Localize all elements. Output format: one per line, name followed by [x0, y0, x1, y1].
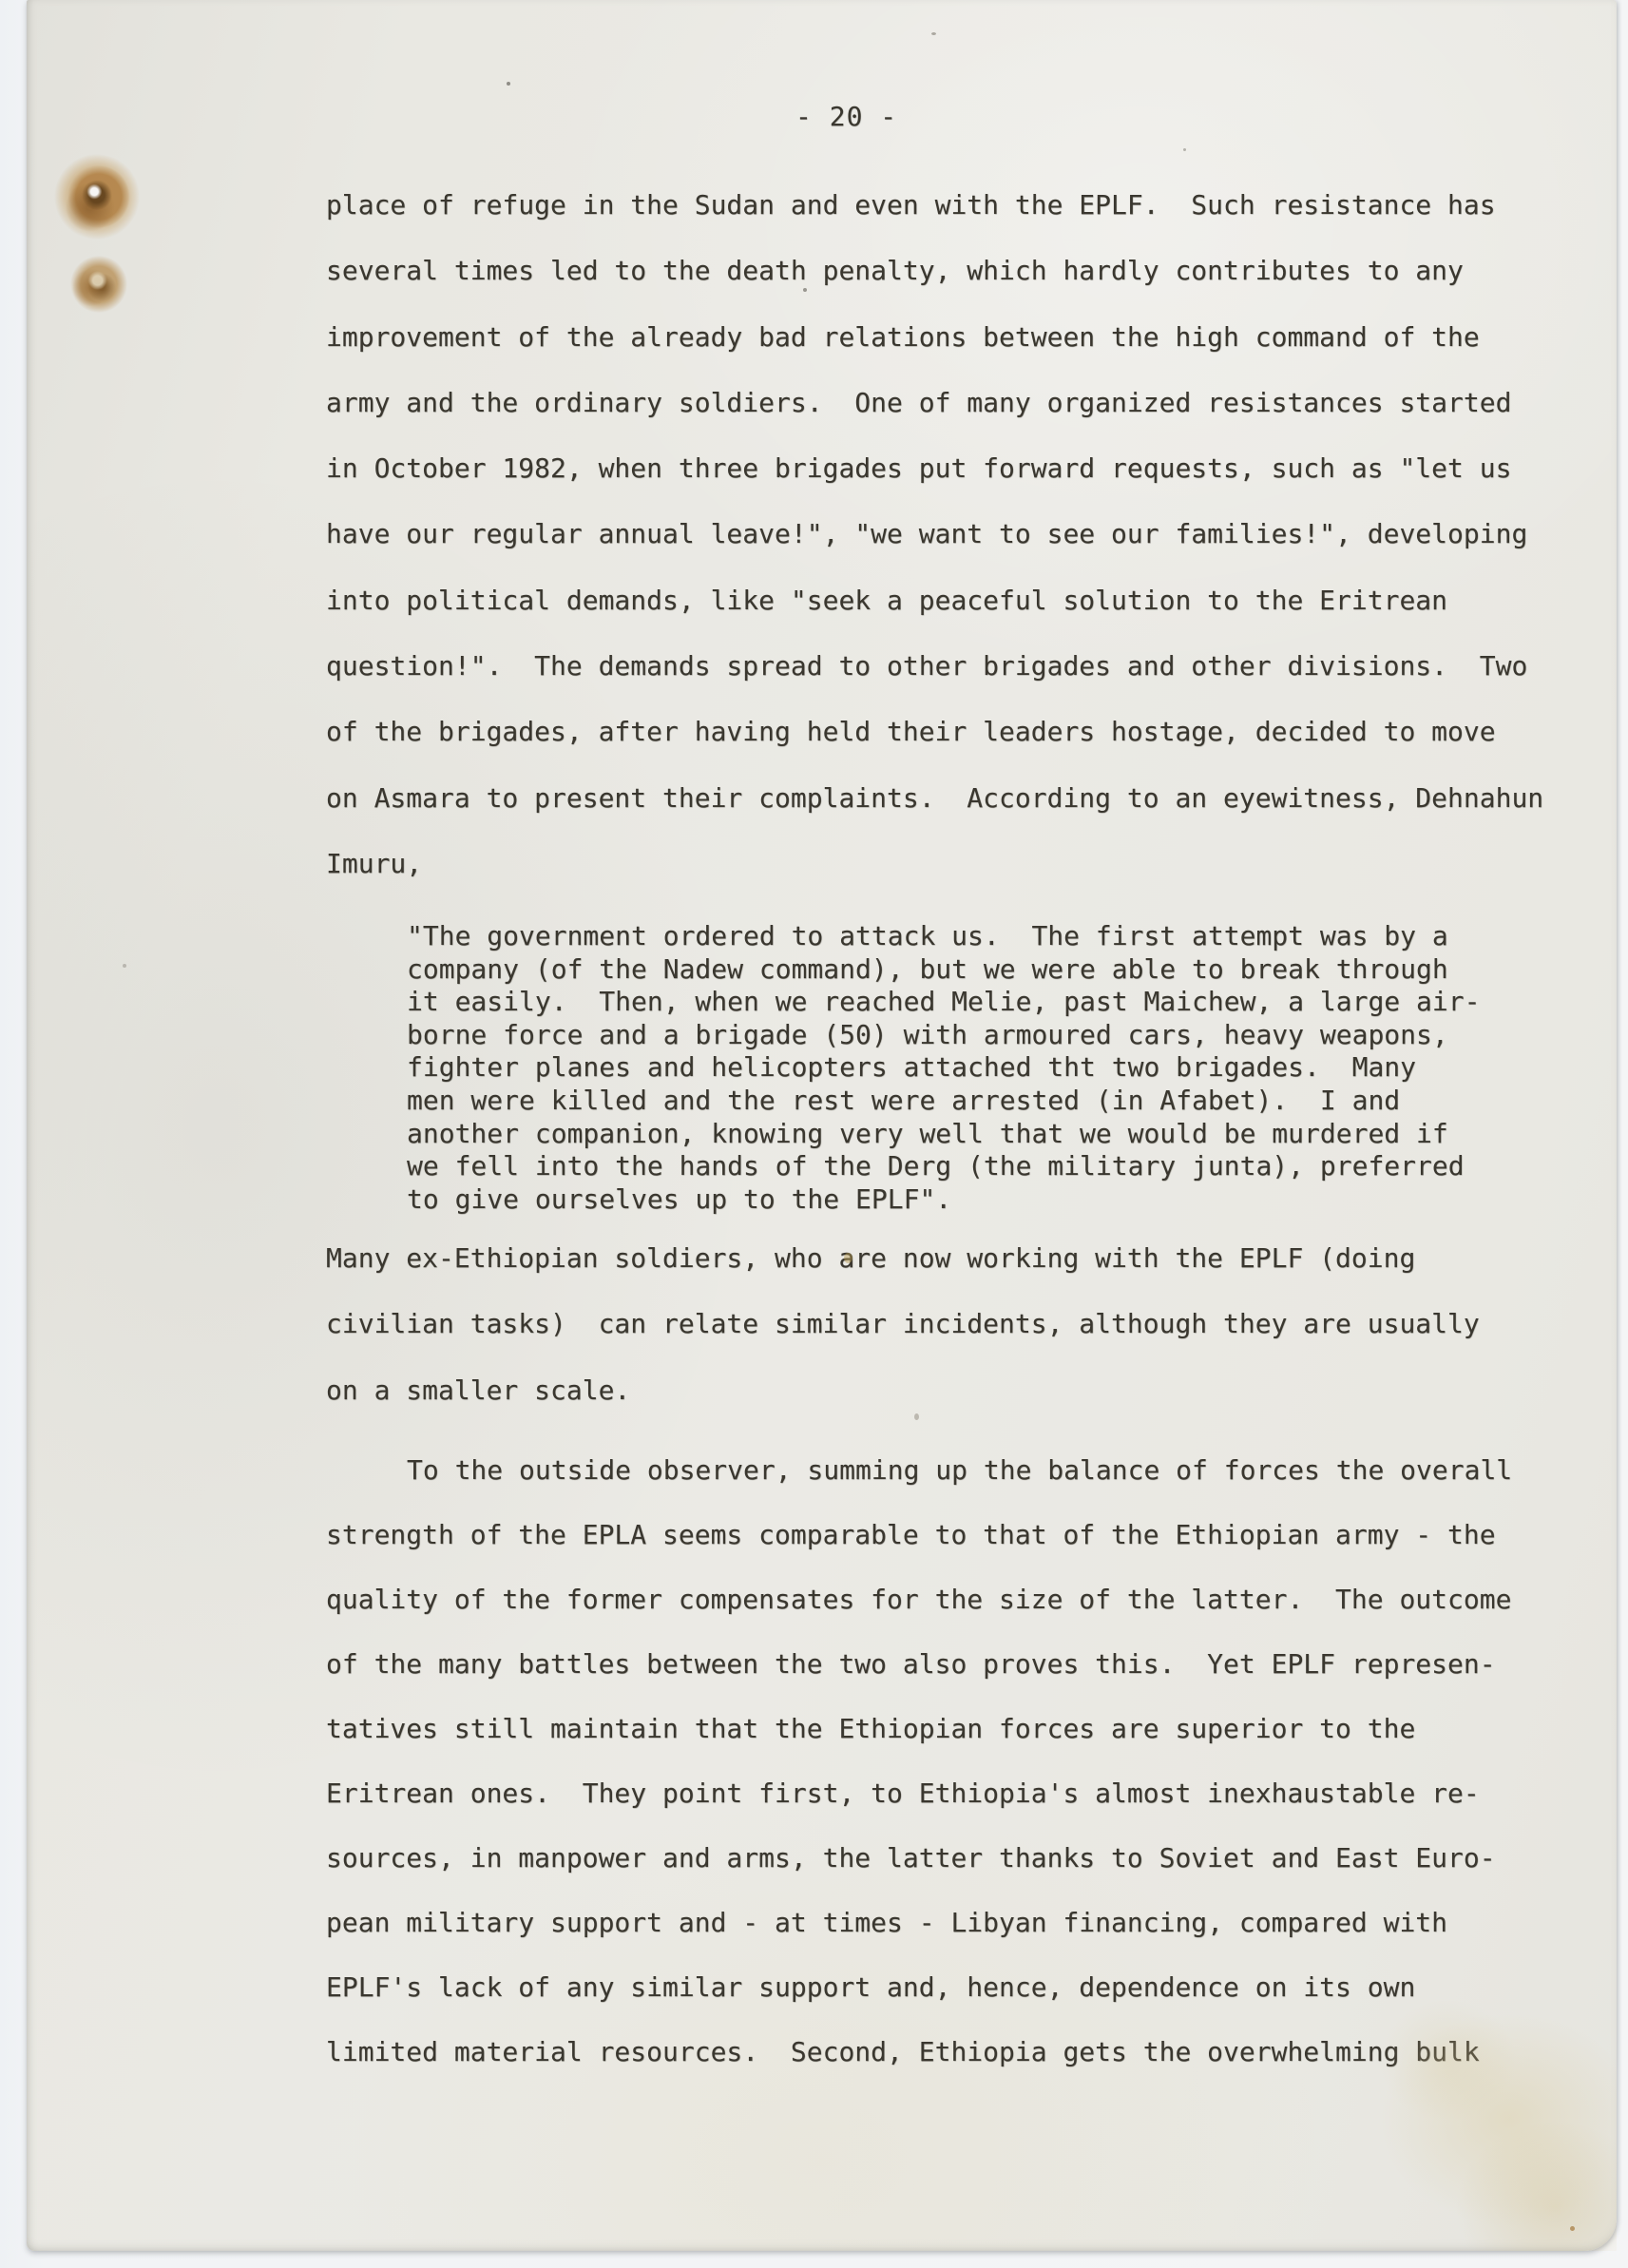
- text-line: of the brigades, after having held their…: [326, 699, 1543, 764]
- text-line: quality of the former compensates for th…: [326, 1567, 1512, 1632]
- rust-stain-top: [54, 154, 140, 240]
- text-line: place of refuge in the Sudan and even wi…: [326, 172, 1543, 238]
- text-line: To the outside observer, summing up the …: [326, 1438, 1512, 1503]
- text-line: on Asmara to present their complaints. A…: [326, 765, 1543, 831]
- text-line: army and the ordinary soldiers. One of m…: [326, 370, 1543, 435]
- rust-stain-bottom: [67, 253, 130, 316]
- quote-line: fighter planes and helicopters attached …: [407, 1051, 1480, 1085]
- quote-line: it easily. Then, when we reached Melie, …: [407, 986, 1480, 1019]
- text-line: Eritrean ones. They point first, to Ethi…: [326, 1761, 1512, 1826]
- text-line: have our regular annual leave!", "we wan…: [326, 501, 1543, 567]
- text-line: pean military support and - at times - L…: [326, 1891, 1512, 1955]
- paper-speck: [931, 32, 936, 35]
- page-number: - 20 -: [795, 101, 897, 132]
- text-line: improvement of the already bad relations…: [326, 304, 1543, 370]
- text-line: tatives still maintain that the Ethiopia…: [326, 1697, 1512, 1761]
- text-line: of the many battles between the two also…: [326, 1632, 1512, 1697]
- quote-line: borne force and a brigade (50) with armo…: [407, 1019, 1480, 1052]
- paper-speck: [803, 288, 807, 292]
- paper-speck: [1570, 2226, 1575, 2231]
- text-line: Imuru,: [326, 831, 1543, 896]
- quote-line: we fell into the hands of the Derg (the …: [407, 1150, 1480, 1183]
- paragraph-2: Many ex-Ethiopian soldiers, who are now …: [326, 1225, 1480, 1423]
- text-line: civilian tasks) can relate similar incid…: [326, 1291, 1480, 1356]
- paper-speck: [844, 1253, 852, 1263]
- paper-speck: [914, 1413, 919, 1420]
- quote-line: company (of the Nadew command), but we w…: [407, 953, 1480, 987]
- paper-speck: [1183, 148, 1186, 151]
- quote-line: men were killed and the rest were arrest…: [407, 1085, 1480, 1118]
- paper-page: - 20 - place of refuge in the Sudan and …: [27, 0, 1617, 2251]
- text-line: sources, in manpower and arms, the latte…: [326, 1826, 1512, 1891]
- scanned-document: { "document": { "page_number": "- 20 -",…: [0, 0, 1628, 2268]
- text-line: several times led to the death penalty, …: [326, 238, 1543, 303]
- quote-line: another companion, knowing very well tha…: [407, 1118, 1480, 1151]
- text-line: Many ex-Ethiopian soldiers, who are now …: [326, 1225, 1480, 1291]
- text-line: on a smaller scale.: [326, 1357, 1480, 1423]
- text-line: into political demands, like "seek a pea…: [326, 567, 1543, 633]
- quote-line: to give ourselves up to the EPLF".: [407, 1183, 1480, 1217]
- paper-speck: [507, 82, 510, 86]
- corner-stain: [1310, 1958, 1617, 2251]
- text-line: question!". The demands spread to other …: [326, 633, 1543, 699]
- paragraph-1: place of refuge in the Sudan and even wi…: [326, 172, 1543, 896]
- block-quote: "The government ordered to attack us. Th…: [407, 920, 1480, 1216]
- paper-speck: [123, 964, 126, 968]
- quote-line: "The government ordered to attack us. Th…: [407, 920, 1480, 953]
- text-line: in October 1982, when three brigades put…: [326, 435, 1543, 501]
- text-line: strength of the EPLA seems comparable to…: [326, 1503, 1512, 1567]
